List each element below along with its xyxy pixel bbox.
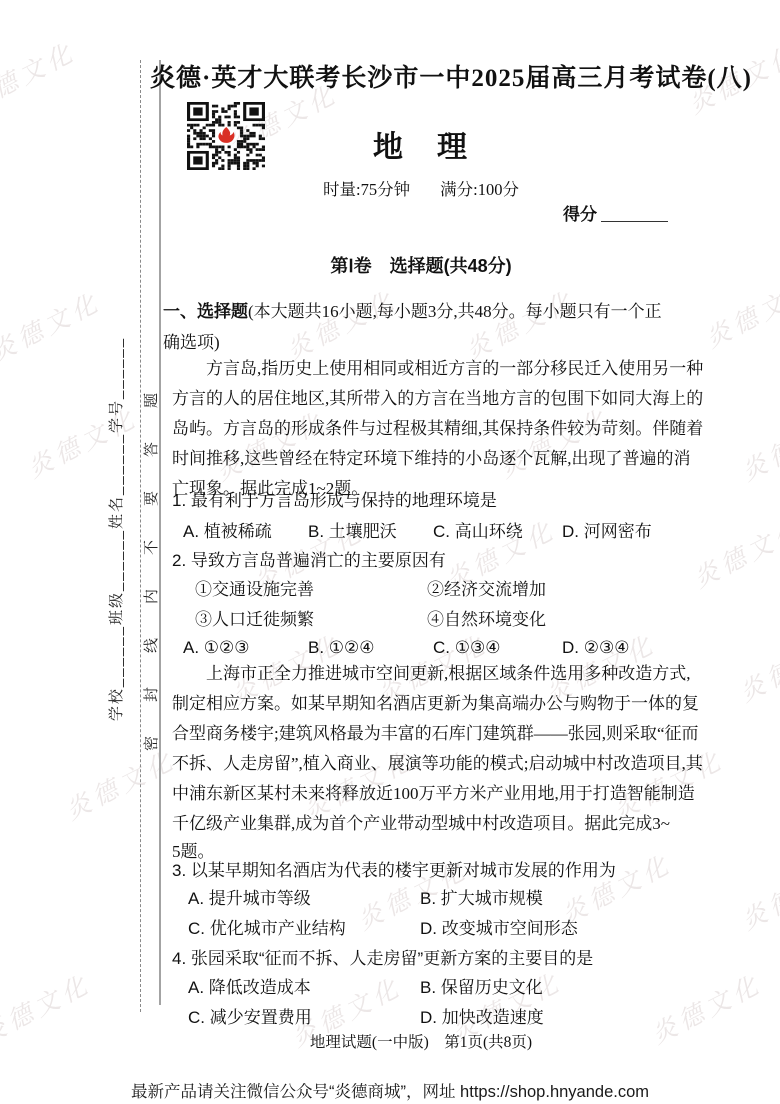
watermark: 炎德文化 <box>734 402 780 489</box>
option-a: A. ①②③ <box>183 637 308 659</box>
option-a: A. 植被稀疏 <box>183 521 308 543</box>
watermark: 炎德文化 <box>492 399 615 486</box>
full-score-label: 满分:100分 <box>440 180 519 199</box>
option-a: A. 降低改造成本 <box>188 977 420 999</box>
question-options: A. 提升城市等级 B. 扩大城市规模 <box>172 888 708 910</box>
watermark: 炎德文化 <box>734 851 780 938</box>
question-options: A. ①②③ B. ①②④ C. ①③④ D. ②③④ <box>172 637 703 659</box>
exam-meta: 时量:75分钟满分:100分 <box>172 176 670 200</box>
option-c: C. ①③④ <box>433 637 562 659</box>
watermark: 炎德文化 <box>698 269 780 356</box>
watermark: 炎德文化 <box>208 402 331 489</box>
option-b: B. 土壤肥沃 <box>308 521 433 543</box>
watermark: 炎德文化 <box>732 623 780 710</box>
passage2-line: 合型商务楼宇;建筑风格最为丰富的石库门建筑群——张园,则采取“征而 <box>172 723 670 745</box>
marketing-line: 最新产品请关注微信公众号“炎德商城”，网址 https://shop.hnyan… <box>0 1078 780 1102</box>
watermark: 炎德文化 <box>0 965 97 1052</box>
section-instruction: 一、选择题(本大题共16小题,每小题3分,共48分。每小题只有一个正确选项) <box>163 296 675 358</box>
exam-paper-page: 炎德文化炎德文化炎德文化炎德文化炎德文化炎德文化炎德文化炎德文化炎德文化炎德文化… <box>0 0 780 1104</box>
option-d: D. 河网密布 <box>562 521 703 543</box>
option-d: D. 改变城市空间形态 <box>420 918 708 940</box>
passage2-line: 制定相应方案。如某早期知名酒店更新为集高端办公与购物于一体的复 <box>172 693 670 715</box>
passage2-line: 不拆、人走房留”,植入商业、展演等功能的模式;启动城中村改造项目,其 <box>172 753 670 775</box>
score-field-label: 得分 <box>563 200 597 225</box>
option-b: B. ①②④ <box>308 637 433 659</box>
passage2-line: 中浦东新区某村未来将释放近100万平方米产业用地,用于打造智能制造 <box>172 783 670 805</box>
option-a: A. 提升城市等级 <box>188 888 420 910</box>
score-blank-line <box>601 221 668 222</box>
section-label: 一、选择题 <box>163 302 248 321</box>
option-c: C. 优化城市产业结构 <box>188 918 420 940</box>
passage1-line: 方言岛,指历史上使用相同或相近方言的一部分移民迁入使用另一种 <box>172 358 704 380</box>
item-3: ③人口迁徙频繁 <box>195 609 427 631</box>
question-options: C. 优化城市产业结构 D. 改变城市空间形态 <box>172 918 708 940</box>
question-items: ①交通设施完善 ②经济交流增加 <box>172 579 715 601</box>
question-items: ③人口迁徙频繁 ④自然环境变化 <box>172 609 715 631</box>
passage1-line: 方言的人的居住地区,其所带入的方言在当地方言的包围下如同大海上的 <box>172 388 670 410</box>
page-footer: 地理试题(一中版) 第1页(共8页) <box>172 1030 670 1052</box>
option-d: D. 加快改造速度 <box>420 1007 708 1029</box>
option-b: B. 扩大城市规模 <box>420 888 708 910</box>
student-info-fields: 学校______班级______姓名______学号______ <box>105 204 127 854</box>
passage2-line: 千亿级产业集群,成为首个产业带动型城中村改造项目。据此完成3~ <box>172 813 670 835</box>
passage2-line: 上海市正全力推进城市空间更新,根据区域条件选用多种改造方式, <box>172 663 704 685</box>
item-2: ②经济交流增加 <box>427 579 715 601</box>
option-b: B. 保留历史文化 <box>420 977 708 999</box>
part1-heading: 第Ⅰ卷 选择题(共48分) <box>172 252 670 278</box>
option-c: C. 高山环绕 <box>433 521 562 543</box>
question-options: A. 降低改造成本 B. 保留历史文化 <box>172 977 708 999</box>
item-4: ④自然环境变化 <box>427 609 715 631</box>
passage1-line: 岛屿。方言岛的形成条件与过程极其精细,其保持条件较为苛刻。伴随着 <box>172 418 670 440</box>
question-stem: 4. 张园采取“征而不拆、人走房留”更新方案的主要目的是 <box>172 948 670 970</box>
seal-instruction-text: 密封线内不要答题 <box>140 355 162 755</box>
subject-title: 地 理 <box>172 122 670 166</box>
option-c: C. 减少安置费用 <box>188 1007 420 1029</box>
duration-label: 时量:75分钟 <box>323 180 410 199</box>
question-stem: 2. 导致方言岛普遍消亡的主要原因有 <box>172 550 670 572</box>
item-1: ①交通设施完善 <box>195 579 427 601</box>
watermark: 炎德文化 <box>0 283 107 370</box>
question-stem: 3. 以某早期知名酒店为代表的楼宇更新对城市发展的作用为 <box>172 860 670 882</box>
option-d: D. ②③④ <box>562 637 703 659</box>
question-stem: 1. 最有利于方言岛形成与保持的地理环境是 <box>172 490 670 512</box>
watermark: 炎德文化 <box>0 33 82 120</box>
paper-title: 炎德·英才大联考长沙市一中2025届高三月考试卷(八) <box>150 58 690 94</box>
question-options: C. 减少安置费用 D. 加快改造速度 <box>172 1007 708 1029</box>
passage1-line: 时间推移,这些曾经在特定环境下维持的小岛逐个瓦解,出现了普遍的消 <box>172 448 670 470</box>
question-options: A. 植被稀疏 B. 土壤肥沃 C. 高山环绕 D. 河网密布 <box>172 521 703 543</box>
